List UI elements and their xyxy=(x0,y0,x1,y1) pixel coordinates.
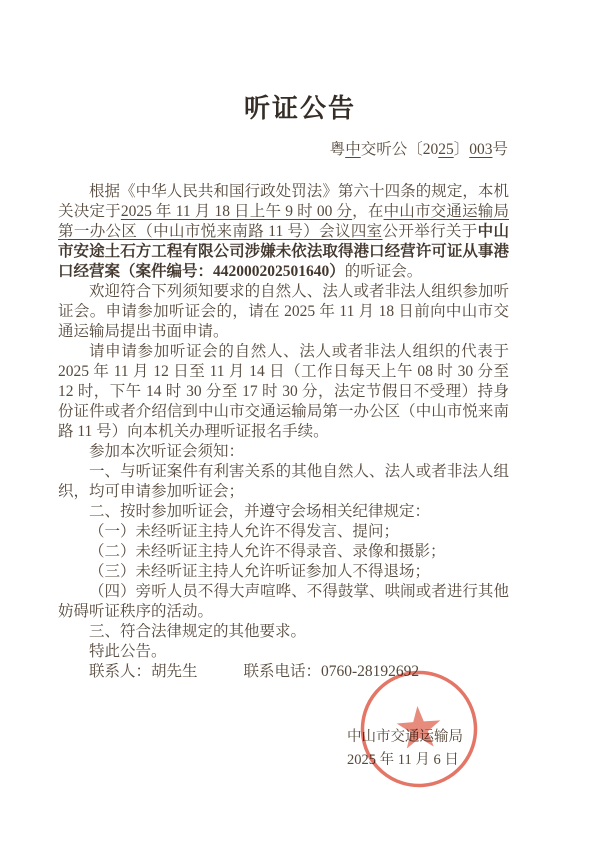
text-segment: （四）旁听人员不得大声喧哗、不得鼓掌、哄闹或者进行其他妨碍听证秩序的活动。 xyxy=(58,583,509,620)
paragraph: 特此公告。 xyxy=(58,642,509,662)
paragraph: （四）旁听人员不得大声喧哗、不得鼓掌、哄闹或者进行其他妨碍听证秩序的活动。 xyxy=(58,582,509,622)
text-segment: 三、符合法律规定的其他要求。 xyxy=(89,623,306,640)
text-segment: ，在 xyxy=(352,203,383,220)
document-title: 听证公告 xyxy=(0,88,600,125)
text-segment: 公开举行关于 xyxy=(383,223,478,240)
document-page: 听证公告 粤中交听公〔2025〕003号 根据《中华人民共和国行政处罚法》第六十… xyxy=(0,0,600,850)
text-segment: （一）未经听证主持人允许不得发言、提问； xyxy=(89,523,399,540)
text-segment: 25 xyxy=(438,141,454,158)
text-segment: 号 xyxy=(492,141,508,158)
text-segment: （三）未经听证主持人允许听证参加人不得退场； xyxy=(89,563,430,580)
paragraph: 请申请参加听证会的自然人、法人或者非法人组织的代表于 2025 年 11 月 1… xyxy=(58,342,509,442)
paragraph: 参加本次听证会须知： xyxy=(58,442,509,462)
contact-phone: 联系电话：0760-28192692 xyxy=(244,663,420,680)
text-segment: 003 xyxy=(469,141,492,158)
text-segment: 欢迎符合下列须知要求的自然人、法人或者非法人组织参加听证会。申请参加听证会的，请… xyxy=(58,283,509,340)
text-segment: 一、与听证案件有利害关系的其他自然人、法人或者非法人组织，均可申请参加听证会； xyxy=(58,463,509,500)
paragraph: 三、符合法律规定的其他要求。 xyxy=(58,622,509,642)
paragraph: （三）未经听证主持人允许听证参加人不得退场； xyxy=(58,562,509,582)
text-segment: 2025 年 11 月 18 日上午 9 时 00 分 xyxy=(121,203,352,220)
paragraph: 二、按时参加听证会，并遵守会场相关纪律规定： xyxy=(58,502,509,522)
text-segment: 请申请参加听证会的自然人、法人或者非法人组织的代表于 2025 年 11 月 1… xyxy=(58,343,509,440)
document-body: 根据《中华人民共和国行政处罚法》第六十四条的规定，本机关决定于2025 年 11… xyxy=(58,182,509,682)
text-segment: （二）未经听证主持人允许不得录音、录像和摄影； xyxy=(89,543,446,560)
text-segment: 交听公〔20 xyxy=(361,141,439,158)
text-segment: 参加本次听证会须知： xyxy=(89,443,244,460)
document-number: 粤中交听公〔2025〕003号 xyxy=(330,137,508,159)
paragraph: 一、与听证案件有利害关系的其他自然人、法人或者非法人组织，均可申请参加听证会； xyxy=(58,462,509,502)
text-segment: 〕 xyxy=(454,141,470,158)
text-segment: 特此公告。 xyxy=(89,643,167,660)
text-segment: 中 xyxy=(345,141,361,158)
text-segment: 的听证会。 xyxy=(345,263,423,280)
paragraph: （一）未经听证主持人允许不得发言、提问； xyxy=(58,522,509,542)
text-segment: 二、按时参加听证会，并遵守会场相关纪律规定： xyxy=(89,503,430,520)
paragraph: 欢迎符合下列须知要求的自然人、法人或者非法人组织参加听证会。申请参加听证会的，请… xyxy=(58,282,509,342)
paragraph-container: 根据《中华人民共和国行政处罚法》第六十四条的规定，本机关决定于2025 年 11… xyxy=(58,182,509,662)
signature-agency: 中山市交通运输局 xyxy=(347,726,463,749)
signature-block: 中山市交通运输局 2025 年 11 月 6 日 xyxy=(347,726,463,772)
signature-date: 2025 年 11 月 6 日 xyxy=(347,749,463,772)
paragraph: 根据《中华人民共和国行政处罚法》第六十四条的规定，本机关决定于2025 年 11… xyxy=(58,182,509,282)
paragraph: （二）未经听证主持人允许不得录音、录像和摄影； xyxy=(58,542,509,562)
text-segment: 粤 xyxy=(330,141,346,158)
contact-row: 联系人：胡先生联系电话：0760-28192692 xyxy=(58,662,509,682)
contact-person: 联系人：胡先生 xyxy=(89,663,198,680)
